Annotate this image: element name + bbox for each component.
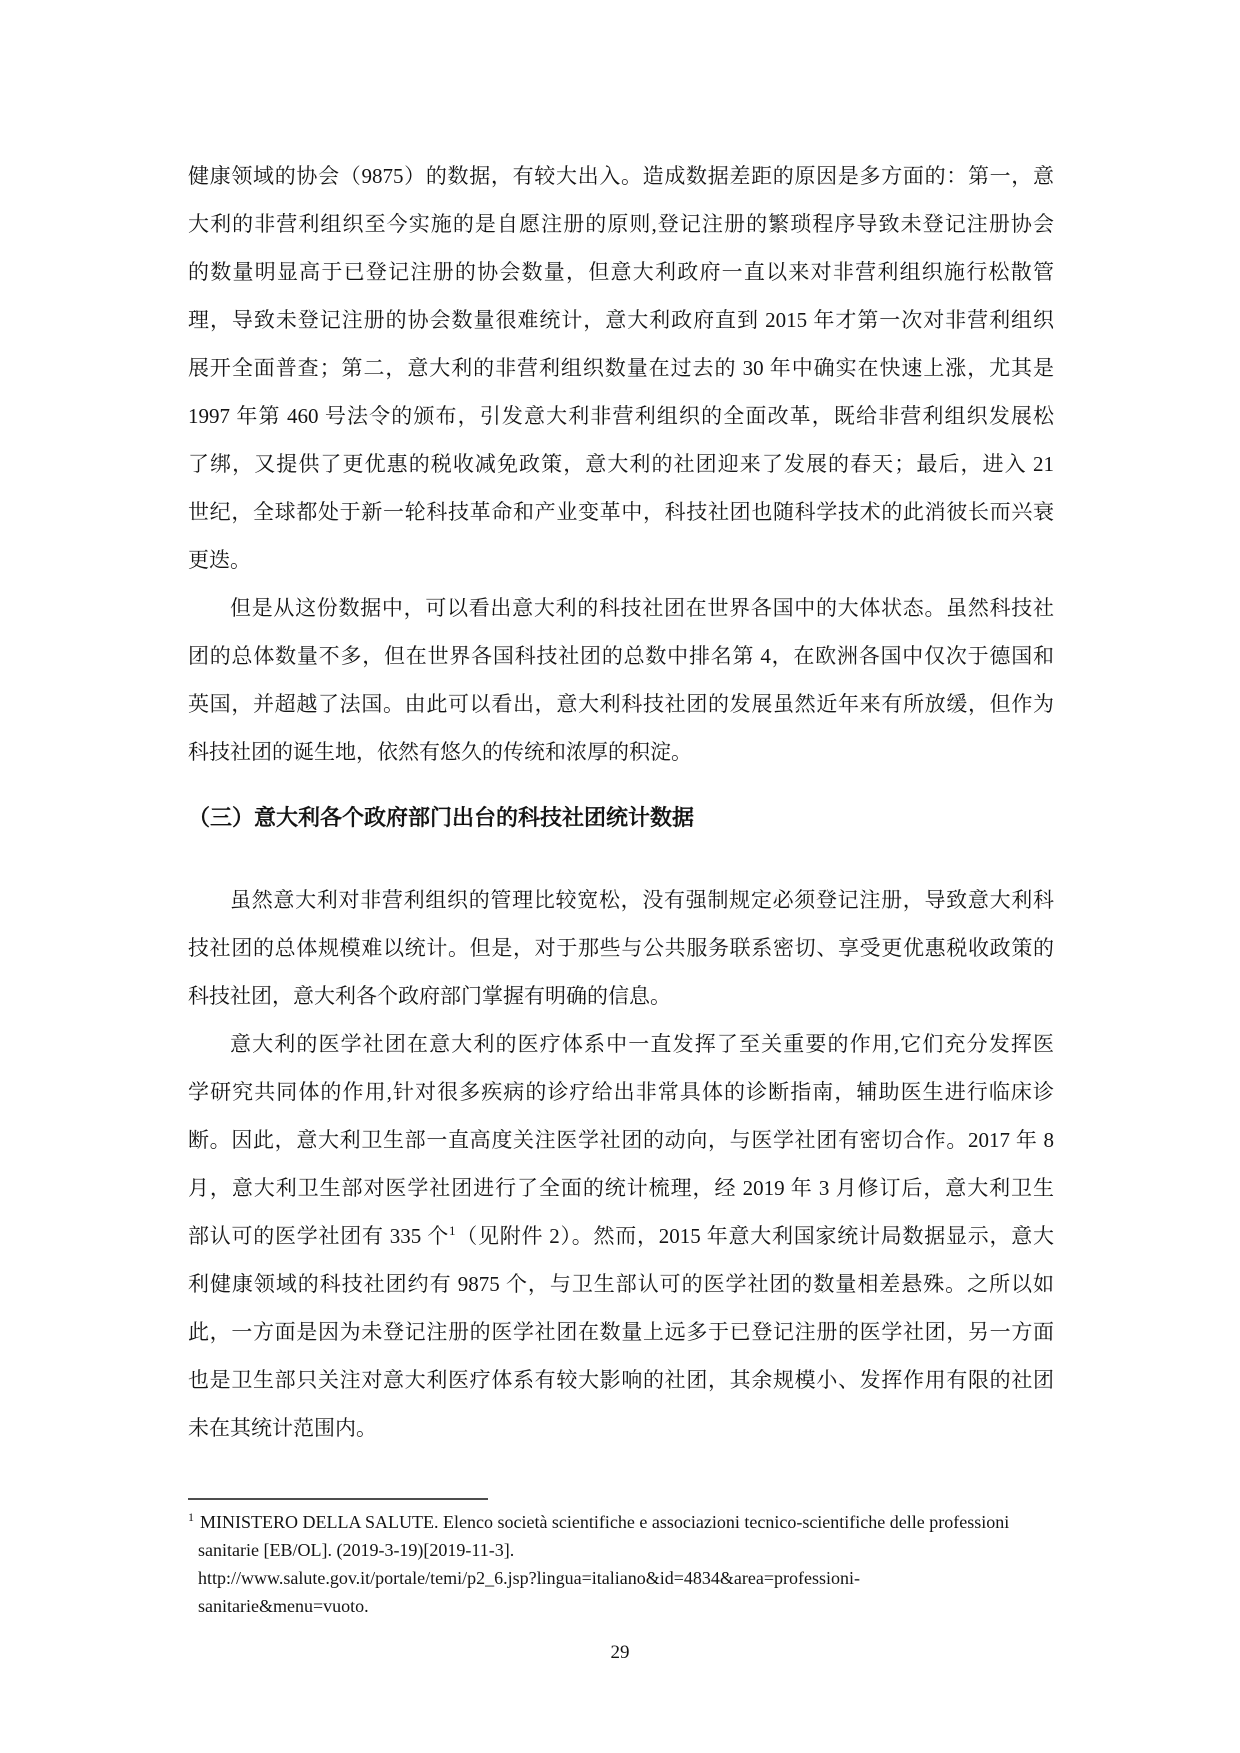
text-line: 英国，并超越了法国。由此可以看出，意大利科技社团的发展虽然近年来有所放缓，但作为 [188,680,1054,728]
text-line: 未在其统计范围内。 [188,1404,1054,1452]
page-number: 29 [0,1640,1240,1666]
text-segment: 部认可的医学社团有 335 个 [188,1224,449,1248]
text-line: 了绑，又提供了更优惠的税收减免政策，意大利的社团迎来了发展的春天；最后，进入 2… [188,440,1054,488]
text-line: 世纪，全球都处于新一轮科技革命和产业变革中，科技社团也随科学技术的此消彼长而兴衰 [188,488,1054,536]
footnote-citation: MINISTERO DELLA SALUTE. Elenco società s… [200,1512,1009,1532]
text-line: 意大利的医学社团在意大利的医疗体系中一直发挥了至关重要的作用,它们充分发挥医 [188,1020,1054,1068]
text-segment: （见附件 2）。然而，2015 年意大利国家统计局数据显示，意大 [456,1224,1055,1248]
page-body: 健康领域的协会（9875）的数据，有较大出入。造成数据差距的原因是多方面的：第一… [188,152,1054,1620]
footnote-marker: 1 [188,1510,200,1524]
text-line: 团的总体数量不多，但在世界各国科技社团的总数中排名第 4，在欧洲各国中仅次于德国… [188,632,1054,680]
text-line: 健康领域的协会（9875）的数据，有较大出入。造成数据差距的原因是多方面的：第一… [188,152,1054,200]
text-line: 但是从这份数据中，可以看出意大利的科技社团在世界各国中的大体状态。虽然科技社 [188,584,1054,632]
footnote: 1MINISTERO DELLA SALUTE. Elenco società … [188,1498,1054,1620]
section-heading: （三）意大利各个政府部门出台的科技社团统计数据 [188,796,1054,840]
text-line: 也是卫生部只关注对意大利医疗体系有较大影响的社团，其余规模小、发挥作用有限的社团 [188,1356,1054,1404]
text-line: 技社团的总体规模难以统计。但是，对于那些与公共服务联系密切、享受更优惠税收政策的 [188,924,1054,972]
text-line: 科技社团，意大利各个政府部门掌握有明确的信息。 [188,972,1054,1020]
text-line: 理，导致未登记注册的协会数量很难统计，意大利政府直到 2015 年才第一次对非营… [188,296,1054,344]
paragraph-1: 健康领域的协会（9875）的数据，有较大出入。造成数据差距的原因是多方面的：第一… [188,152,1054,584]
footnote-text: 1MINISTERO DELLA SALUTE. Elenco società … [188,1500,1054,1620]
footnote-line: sanitarie [EB/OL]. (2019-3-19)[2019-11-3… [188,1536,1054,1564]
text-line: 利健康领域的科技社团约有 9875 个，与卫生部认可的医学社团的数量相差悬殊。之… [188,1260,1054,1308]
text-line: 大利的非营利组织至今实施的是自愿注册的原则,登记注册的繁琐程序导致未登记注册协会 [188,200,1054,248]
text-line: 断。因此，意大利卫生部一直高度关注医学社团的动向，与医学社团有密切合作。2017… [188,1116,1054,1164]
footnote-url-continued: sanitarie&menu=vuoto. [188,1592,1054,1620]
text-line: 虽然意大利对非营利组织的管理比较宽松，没有强制规定必须登记注册，导致意大利科 [188,876,1054,924]
text-line: 的数量明显高于已登记注册的协会数量，但意大利政府一直以来对非营利组织施行松散管 [188,248,1054,296]
footnote-url: http://www.salute.gov.it/portale/temi/p2… [188,1564,1054,1592]
footnote-line: 1MINISTERO DELLA SALUTE. Elenco società … [188,1508,1054,1536]
text-line-with-footnote-ref: 部认可的医学社团有 335 个1（见附件 2）。然而，2015 年意大利国家统计… [188,1212,1054,1260]
text-line: 月，意大利卫生部对医学社团进行了全面的统计梳理，经 2019 年 3 月修订后，… [188,1164,1054,1212]
text-line: 此，一方面是因为未登记注册的医学社团在数量上远多于已登记注册的医学社团，另一方面 [188,1308,1054,1356]
document-page: 健康领域的协会（9875）的数据，有较大出入。造成数据差距的原因是多方面的：第一… [0,0,1240,1753]
text-line: 更迭。 [188,536,1054,584]
paragraph-3: 虽然意大利对非营利组织的管理比较宽松，没有强制规定必须登记注册，导致意大利科 技… [188,876,1054,1020]
text-line: 学研究共同体的作用,针对很多疾病的诊疗给出非常具体的诊断指南，辅助医生进行临床诊 [188,1068,1054,1116]
text-line: 科技社团的诞生地，依然有悠久的传统和浓厚的积淀。 [188,728,1054,776]
paragraph-2: 但是从这份数据中，可以看出意大利的科技社团在世界各国中的大体状态。虽然科技社 团… [188,584,1054,776]
text-line: 1997 年第 460 号法令的颁布，引发意大利非营利组织的全面改革，既给非营利… [188,392,1054,440]
paragraph-4: 意大利的医学社团在意大利的医疗体系中一直发挥了至关重要的作用,它们充分发挥医 学… [188,1020,1054,1452]
text-line: 展开全面普查；第二，意大利的非营利组织数量在过去的 30 年中确实在快速上涨，尤… [188,344,1054,392]
